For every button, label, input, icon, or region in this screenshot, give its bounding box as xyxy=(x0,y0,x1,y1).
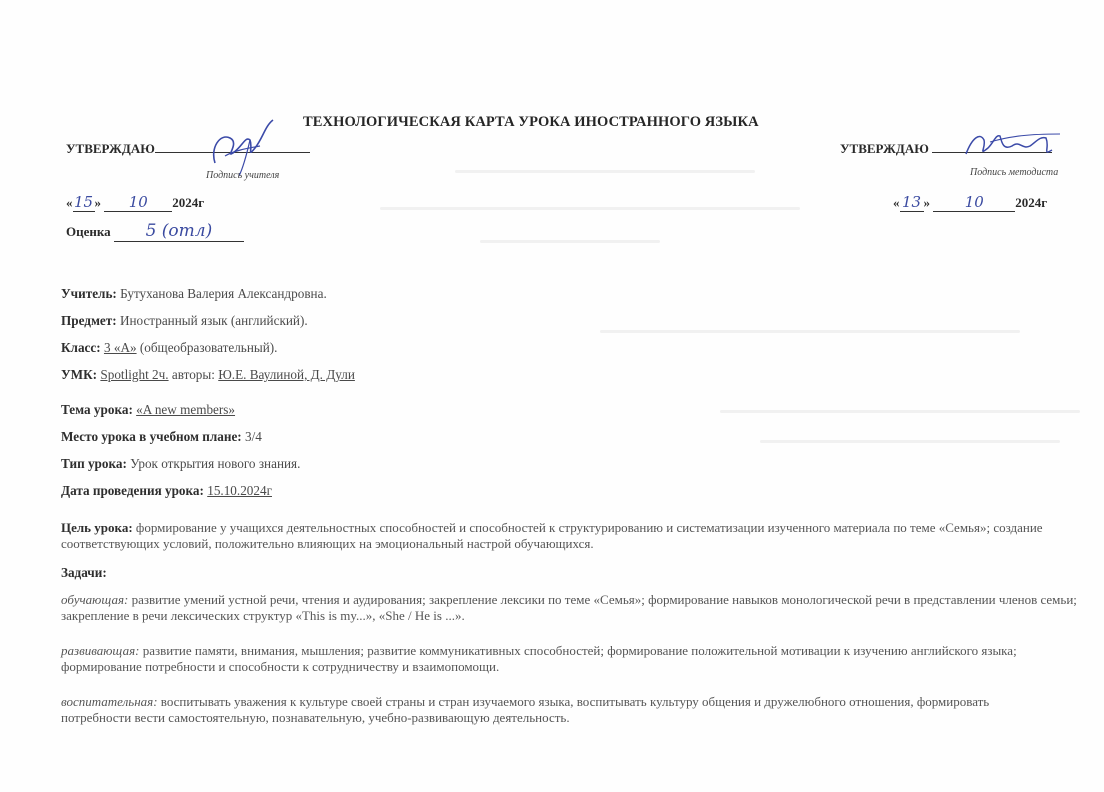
date-day-handwritten: 15 xyxy=(73,193,95,212)
class-label: Класс: xyxy=(61,340,101,355)
field-teacher: Учитель: Бутуханова Валерия Александровн… xyxy=(61,286,327,302)
task-text: воспитывать уважения к культуре своей ст… xyxy=(61,694,989,725)
approve-label: УТВЕРЖДАЮ xyxy=(66,141,155,156)
topic-label: Тема урока: xyxy=(61,402,133,417)
teacher-value: Бутуханова Валерия Александровна. xyxy=(120,286,327,301)
task-type: воспитательная: xyxy=(61,694,158,709)
place-label: Место урока в учебном плане: xyxy=(61,429,242,444)
approve-label: УТВЕРЖДАЮ xyxy=(840,141,929,156)
field-date: Дата проведения урока: 15.10.2024г xyxy=(61,483,272,499)
goal-label: Цель урока: xyxy=(61,520,133,535)
umk-label: УМК: xyxy=(61,367,97,382)
bleed-through-line xyxy=(720,410,1080,413)
bleed-through-line xyxy=(455,170,755,173)
date-label: Дата проведения урока: xyxy=(61,483,204,498)
methodist-signature-caption: Подпись методиста xyxy=(970,167,1058,178)
field-umk: УМК: Spotlight 2ч. авторы: Ю.Е. Ваулиной… xyxy=(61,367,355,383)
tasks-heading: Задачи: xyxy=(61,565,107,581)
subject-value: Иностранный язык (английский). xyxy=(120,313,308,328)
methodist-signature-icon xyxy=(960,128,1070,162)
task-text: развитие памяти, внимания, мышления; раз… xyxy=(61,643,1017,674)
field-type: Тип урока: Урок открытия нового знания. xyxy=(61,456,300,472)
topic-value: «A new members» xyxy=(136,402,235,417)
lesson-goal: Цель урока: формирование у учащихся деят… xyxy=(61,520,1091,552)
document-page: ТЕХНОЛОГИЧЕСКАЯ КАРТА УРОКА ИНОСТРАННОГО… xyxy=(0,0,1104,792)
tasks-label: Задачи: xyxy=(61,565,107,580)
date-year: 2024г xyxy=(172,195,204,210)
place-value: 3/4 xyxy=(245,429,262,444)
bleed-through-line xyxy=(760,440,1060,443)
task-type: обучающая: xyxy=(61,592,128,607)
date-year: 2024г xyxy=(1015,195,1047,210)
class-value: 3 «А» xyxy=(104,340,137,355)
task-item: развивающая: развитие памяти, внимания, … xyxy=(61,643,1091,675)
bleed-through-line xyxy=(380,207,800,210)
teacher-signature-caption: Подпись учителя xyxy=(206,170,279,181)
class-type: (общеобразовательный). xyxy=(140,340,278,355)
teacher-signature-icon xyxy=(195,118,285,178)
task-text: развитие умений устной речи, чтения и ау… xyxy=(61,592,1077,623)
approve-left-date: «15» 102024г xyxy=(66,193,204,212)
grade-label: Оценка xyxy=(66,224,111,239)
umk-authors: Ю.Е. Ваулиной, Д. Дули xyxy=(218,367,355,382)
umk-authors-label: авторы: xyxy=(172,367,215,382)
task-type: развивающая: xyxy=(61,643,139,658)
type-label: Тип урока: xyxy=(61,456,127,471)
grade-row: Оценка 5 (отл) xyxy=(66,221,244,242)
date-value: 15.10.2024г xyxy=(207,483,272,498)
field-place: Место урока в учебном плане: 3/4 xyxy=(61,429,262,445)
field-topic: Тема урока: «A new members» xyxy=(61,402,235,418)
field-class: Класс: 3 «А» (общеобразовательный). xyxy=(61,340,277,356)
bleed-through-line xyxy=(480,240,660,243)
date-day-handwritten: 13 xyxy=(900,193,924,212)
goal-text: формирование у учащихся деятельностных с… xyxy=(61,520,1043,551)
date-month-handwritten: 10 xyxy=(933,193,1015,212)
teacher-label: Учитель: xyxy=(61,286,117,301)
subject-label: Предмет: xyxy=(61,313,117,328)
grade-value-handwritten: 5 (отл) xyxy=(114,221,244,242)
approve-right-date: «13» 102024г xyxy=(893,193,1047,212)
task-item: обучающая: развитие умений устной речи, … xyxy=(61,592,1091,624)
umk-book: Spotlight 2ч. xyxy=(100,367,168,382)
type-value: Урок открытия нового знания. xyxy=(130,456,300,471)
task-item: воспитательная: воспитывать уважения к к… xyxy=(61,694,1031,726)
bleed-through-line xyxy=(600,330,1020,333)
field-subject: Предмет: Иностранный язык (английский). xyxy=(61,313,308,329)
document-title: ТЕХНОЛОГИЧЕСКАЯ КАРТА УРОКА ИНОСТРАННОГО… xyxy=(303,114,759,131)
date-month-handwritten: 10 xyxy=(104,193,172,212)
